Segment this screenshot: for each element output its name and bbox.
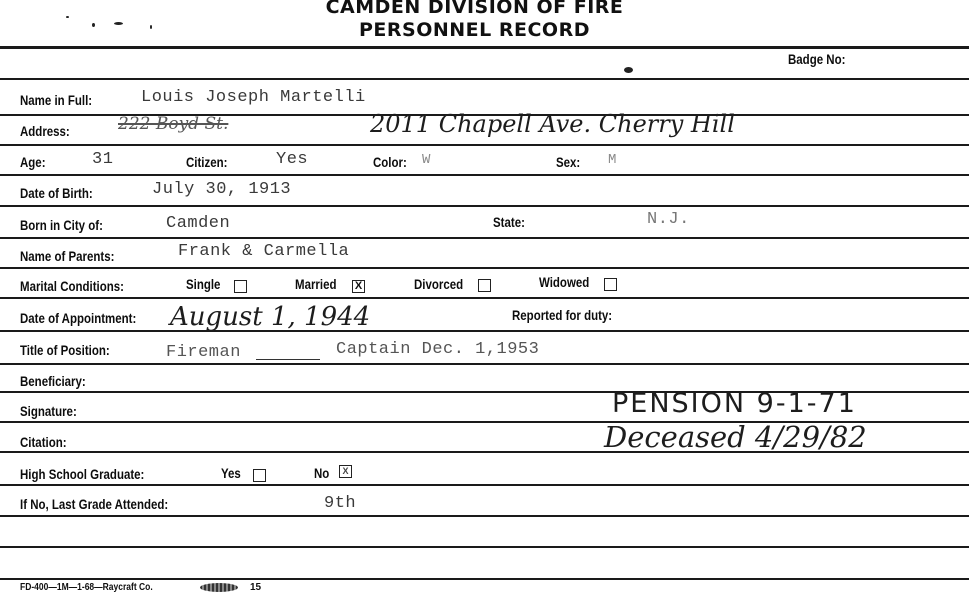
last-grade-label: If No, Last Grade Attended:	[20, 496, 168, 512]
marital-single-checkbox[interactable]	[234, 280, 247, 293]
appointment-value[interactable]: August 1, 1944	[170, 302, 370, 332]
dob-label: Date of Birth:	[20, 185, 93, 201]
reported-value[interactable]	[640, 305, 940, 325]
signature-value[interactable]	[110, 401, 590, 419]
age-label: Age:	[20, 154, 46, 170]
rule	[0, 174, 969, 176]
scan-speck	[624, 67, 633, 73]
beneficiary-value[interactable]	[120, 371, 940, 389]
marital-married-label: Married	[295, 276, 336, 292]
page-number: 15	[250, 582, 261, 593]
scan-speck	[92, 23, 95, 27]
marital-label: Marital Conditions:	[20, 278, 124, 294]
rule	[0, 363, 969, 365]
marital-widowed-checkbox[interactable]	[604, 278, 617, 291]
rule	[0, 297, 969, 299]
hs-grad-label: High School Graduate:	[20, 466, 144, 482]
rule-footer	[0, 578, 969, 580]
name-value[interactable]: Louis Joseph Martelli	[141, 88, 366, 107]
position-label: Title of Position:	[20, 342, 110, 358]
marital-single-label: Single	[186, 276, 220, 292]
address-struck-value: 222 Boyd St.	[118, 114, 228, 134]
pension-note: PENSION 9-1-71	[612, 388, 857, 419]
position-underline	[256, 359, 320, 360]
document-title: CAMDEN DIVISION OF FIRE	[0, 0, 959, 18]
marital-divorced-checkbox[interactable]	[478, 279, 491, 292]
rule	[0, 78, 969, 80]
marital-widowed-label: Widowed	[539, 274, 589, 290]
printer-logo-icon	[200, 583, 238, 592]
badge-field[interactable]	[870, 50, 960, 70]
citation-label: Citation:	[20, 434, 67, 450]
age-value[interactable]: 31	[92, 150, 113, 169]
hs-yes-label: Yes	[221, 465, 241, 481]
state-value[interactable]: N.J.	[647, 210, 690, 229]
scan-speck	[150, 25, 152, 29]
signature-label: Signature:	[20, 403, 77, 419]
position-value-2[interactable]: Captain Dec. 1,1953	[336, 340, 539, 359]
rule	[0, 515, 969, 517]
hs-yes-checkbox[interactable]	[253, 469, 266, 482]
rule	[0, 237, 969, 239]
last-grade-value[interactable]: 9th	[324, 494, 356, 513]
document-subtitle: PERSONNEL RECORD	[0, 19, 959, 41]
marital-divorced-label: Divorced	[414, 276, 463, 292]
parents-label: Name of Parents:	[20, 248, 114, 264]
address-value[interactable]: 2011 Chapell Ave. Cherry Hill	[370, 110, 735, 138]
position-value[interactable]: Fireman	[166, 343, 241, 362]
rule	[0, 267, 969, 269]
beneficiary-label: Beneficiary:	[20, 373, 86, 389]
appointment-label: Date of Appointment:	[20, 310, 136, 326]
scan-speck	[66, 16, 69, 18]
rule	[0, 546, 969, 548]
marital-married-checkbox[interactable]: X	[352, 280, 365, 293]
citation-value[interactable]	[100, 432, 580, 450]
citizen-value[interactable]: Yes	[276, 150, 308, 169]
name-label: Name in Full:	[20, 92, 92, 108]
deceased-note: Deceased 4/29/82	[604, 420, 867, 454]
hs-no-label: No	[314, 465, 329, 481]
born-city-value[interactable]: Camden	[166, 214, 230, 233]
address-label: Address:	[20, 123, 70, 139]
dob-value[interactable]: July 30, 1913	[152, 180, 291, 199]
born-city-label: Born in City of:	[20, 217, 103, 233]
color-label: Color:	[373, 154, 407, 170]
citizen-label: Citizen:	[186, 154, 227, 170]
sex-value[interactable]: M	[608, 152, 617, 168]
rule	[0, 205, 969, 207]
badge-label: Badge No:	[788, 51, 845, 67]
parents-value[interactable]: Frank & Carmella	[178, 242, 349, 261]
hs-no-checkbox[interactable]: X	[339, 465, 352, 478]
rule	[0, 330, 969, 332]
state-label: State:	[493, 214, 525, 230]
rule	[0, 484, 969, 486]
rule-header	[0, 46, 969, 49]
form-code: FD-400—1M—1-68—Raycraft Co.	[20, 582, 153, 593]
scan-speck	[114, 22, 123, 25]
reported-label: Reported for duty:	[512, 307, 612, 323]
sex-label: Sex:	[556, 154, 580, 170]
rule	[0, 144, 969, 146]
color-value[interactable]: W	[422, 152, 431, 168]
